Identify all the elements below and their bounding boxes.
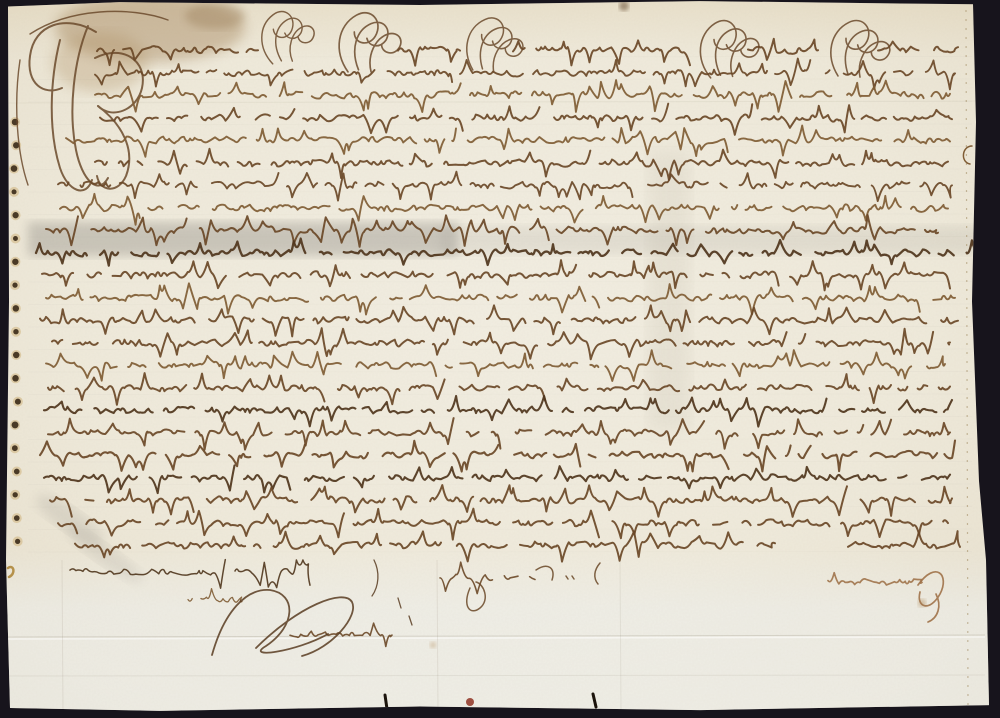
parchment-sheet (0, 0, 1000, 718)
stitch-hole-dot (13, 329, 18, 334)
ruled-line (28, 417, 972, 418)
margin-tick (977, 119, 980, 123)
margin-tick (977, 96, 980, 100)
stitch-hole-dot (11, 165, 18, 172)
stitch-hole-dot (12, 375, 19, 382)
ruled-line (28, 169, 972, 170)
document-caption: Aged parchment manuscript, dense early-m… (0, 0, 1, 1)
ruled-line (28, 484, 972, 485)
stitch-hole-dot (14, 515, 20, 521)
margin-tick (977, 280, 980, 284)
stitch-hole-dot (12, 445, 18, 451)
margin-tick (977, 257, 980, 261)
stitch-hole-dot (15, 539, 20, 544)
photo-background: Aged parchment manuscript, dense early-m… (0, 0, 1000, 718)
margin-tick (977, 142, 980, 146)
stitch-hole-dot (15, 399, 21, 405)
ruled-line (28, 372, 972, 373)
right-margin-ticks (977, 96, 980, 284)
ruled-line (28, 304, 972, 305)
stitch-hole-dot (14, 469, 20, 475)
ruled-line (28, 124, 972, 125)
ruled-line (28, 529, 972, 530)
stitch-hole-dot (12, 282, 17, 287)
ruled-line (28, 192, 972, 193)
manuscript-drawing (0, 0, 1000, 718)
stitch-hole-dot (13, 352, 19, 358)
ruled-line (28, 259, 972, 260)
ruled-line (28, 79, 972, 80)
ruled-line (28, 394, 972, 395)
ruled-line (28, 327, 972, 328)
stitch-hole-dot (13, 236, 18, 241)
stitch-hole-dot (12, 212, 18, 218)
margin-tick (977, 188, 980, 192)
red-seal-dot (466, 698, 474, 706)
stitch-hole-dot (13, 305, 19, 311)
margin-tick (977, 165, 980, 169)
ruled-line (28, 237, 972, 238)
bottom-slit-mark (385, 695, 387, 709)
stitch-hole-dot (13, 492, 18, 497)
margin-tick (977, 234, 980, 238)
ruled-line (28, 147, 972, 148)
stitch-hole-dot (12, 421, 19, 428)
ruled-line (28, 439, 972, 440)
stitch-hole-dot (12, 259, 18, 265)
stitch-hole-dot (12, 189, 17, 194)
ruled-line (28, 552, 972, 553)
margin-tick (977, 211, 980, 215)
